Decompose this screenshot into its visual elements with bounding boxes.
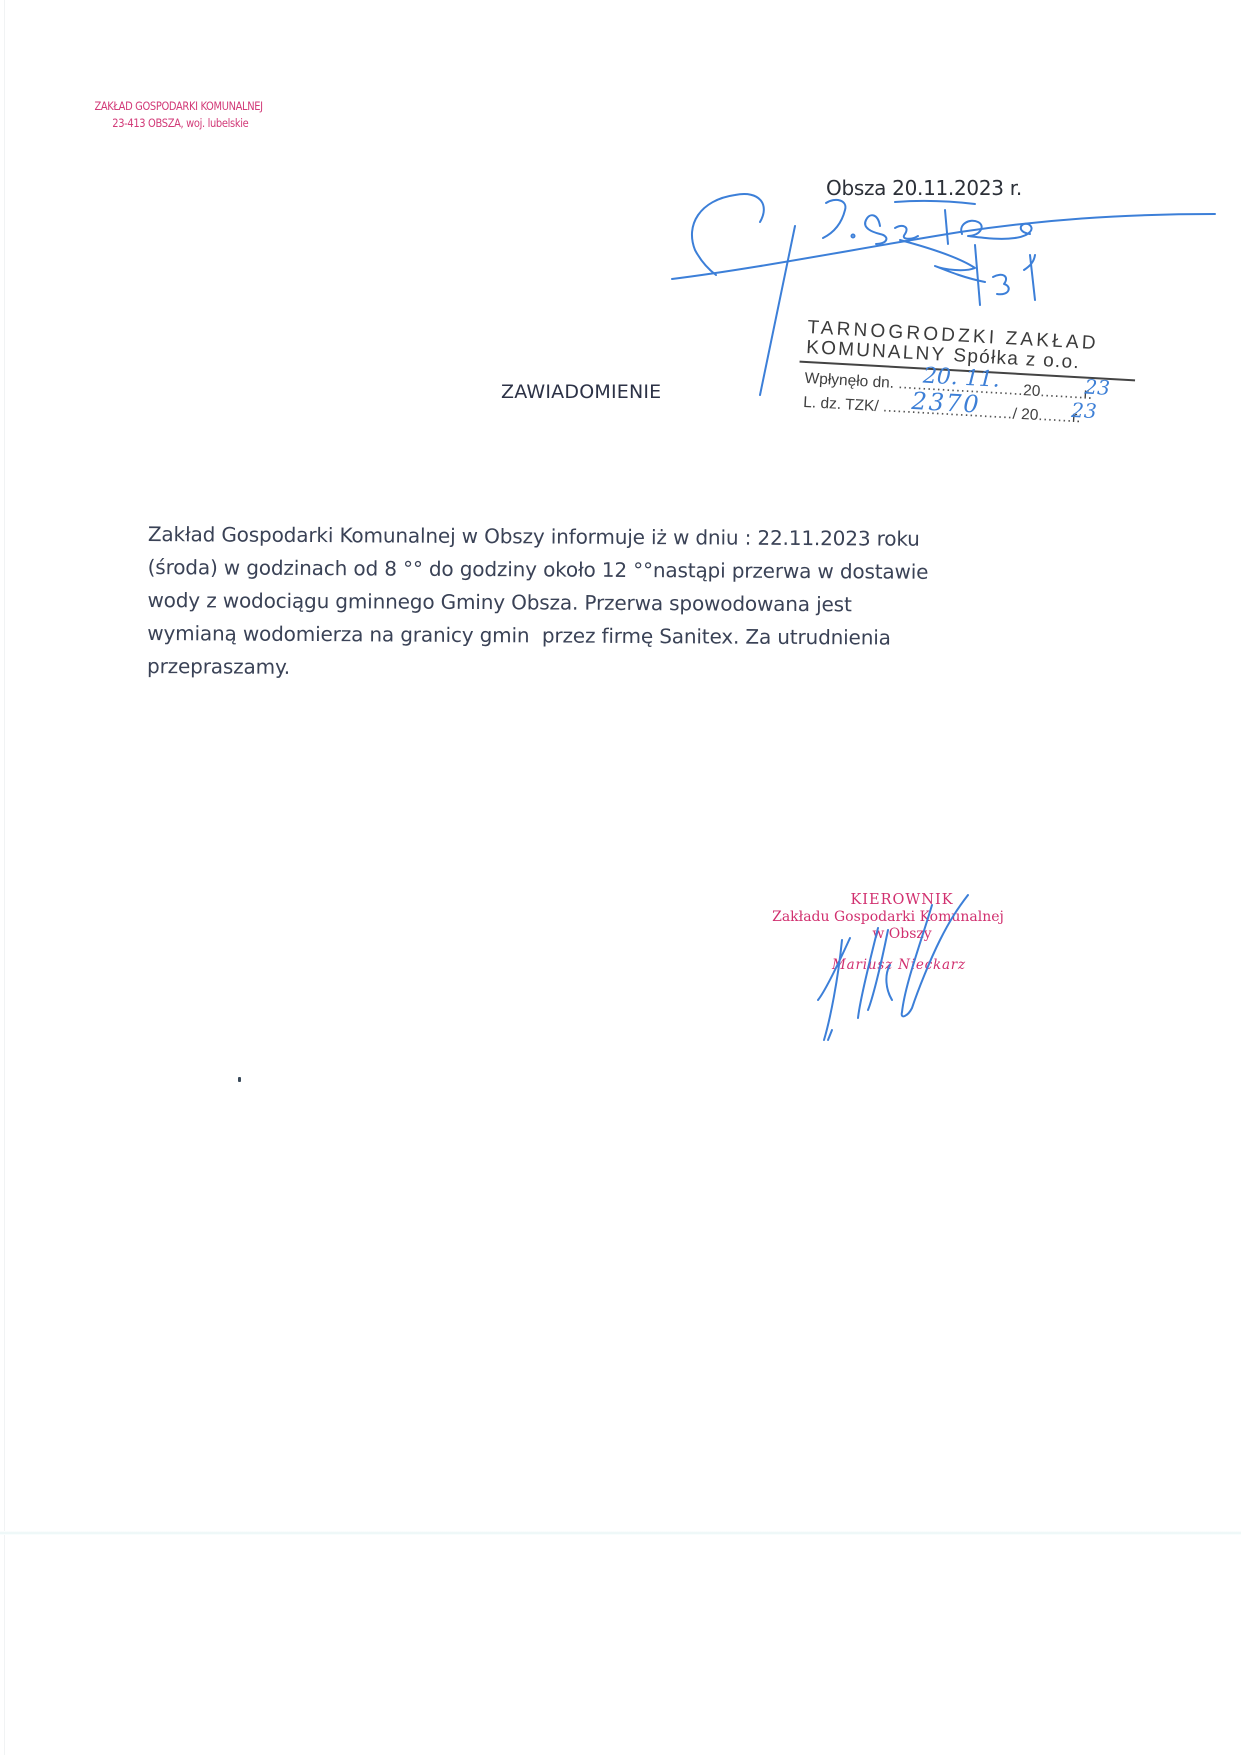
reception-stamp: TARNOGRODZKI ZAKŁAD KOMUNALNY Spółka z o…: [803, 318, 1138, 433]
sender-stamp-name: ZAKŁAD GOSPODARKI KOMUNALNEJ: [84, 98, 273, 115]
sender-stamp-address: 23-413 OBSZA, woj. lubelskie: [84, 115, 273, 132]
body-line: wody z wodociągu gminnego Gminy Obsza. P…: [147, 584, 1017, 622]
body-line: wymianą wodomierza na granicy gmin przez…: [147, 617, 1017, 655]
received-year-prefix: 20: [1023, 382, 1041, 400]
body-line: Zakład Gospodarki Komunalnej w Obszy inf…: [148, 518, 1018, 556]
manager-stamp-location: w Obszy: [766, 926, 1038, 943]
notice-body: Zakład Gospodarki Komunalnej w Obszy inf…: [147, 518, 1018, 688]
sender-stamp: ZAKŁAD GOSPODARKI KOMUNALNEJ 23-413 OBSZ…: [84, 98, 273, 132]
manager-stamp-name: Mariusz Nieckarz: [760, 957, 1038, 974]
scan-band-artifact: [0, 1531, 1241, 1535]
body-line: (środa) w godzinach od 8 °° do godziny o…: [148, 551, 1018, 589]
register-year-handwritten: 23: [1071, 400, 1098, 421]
manager-stamp-title: KIEROWNIK: [766, 892, 1038, 909]
register-year-dots: .......: [1038, 407, 1073, 426]
scan-edge-artifact: [4, 0, 5, 1755]
document-page: ZAKŁAD GOSPODARKI KOMUNALNEJ 23-413 OBSZ…: [0, 0, 1241, 1755]
received-year-handwritten: 23: [1084, 377, 1111, 398]
body-line: przepraszamy.: [147, 650, 1017, 688]
register-number-handwritten: 2370: [911, 389, 981, 417]
received-label: Wpłynęło dn.: [804, 370, 894, 392]
scan-speck: [238, 1077, 241, 1082]
handwritten-signatures: [0, 0, 1241, 1755]
register-year-prefix: / 20: [1012, 406, 1039, 424]
document-title: ZAWIADOMIENIE: [501, 381, 661, 403]
manager-stamp-organization: Zakładu Gospodarki Komunalnej: [738, 909, 1038, 926]
register-label: L. dz. TZK/: [803, 394, 879, 415]
place-date: Obsza 20.11.2023 r.: [826, 176, 1022, 200]
manager-stamp: KIEROWNIK Zakładu Gospodarki Komunalnej …: [738, 892, 1038, 974]
